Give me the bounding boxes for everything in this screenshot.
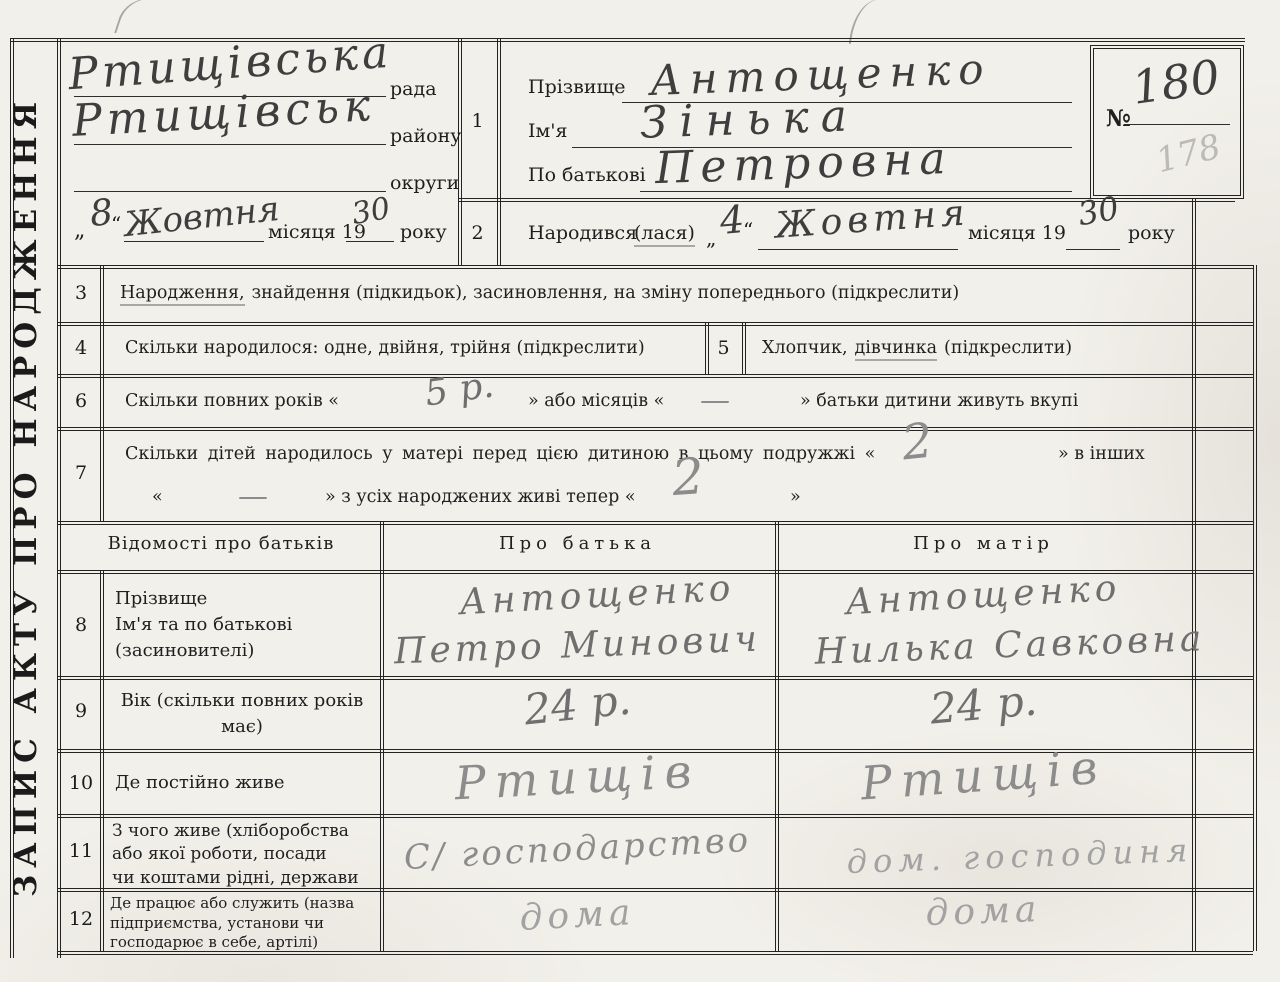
rule-line	[742, 322, 746, 374]
row9-label: Вік (скільки повних років має)	[112, 688, 372, 740]
row6-mid: » або місяців «	[528, 391, 664, 411]
row11-label: З чого живе (хліборобства або якої робот…	[112, 820, 380, 890]
row5-pre: Хлопчик,	[762, 338, 848, 358]
patronymic-label: По батькові	[528, 164, 646, 186]
row1-number: 1	[458, 110, 497, 132]
form-vertical-title: ЗАПИС АКТУ ПРО НАРОДЖЕННЯ	[8, 46, 44, 946]
row4-text: Скільки народилося: одне, двійня, трійня…	[125, 338, 645, 358]
parents-header-mother: Про матір	[775, 533, 1192, 554]
row7-line1-post: » в інших	[1058, 444, 1145, 464]
row11-number: 11	[62, 840, 100, 862]
mother-name-handwriting: Нилька Савковна	[785, 620, 1236, 672]
row8-label: Прізвище Ім'я та по батькові (засиновите…	[115, 586, 373, 664]
registry-year-handwriting: 30	[350, 194, 393, 230]
birth-month-handwriting: Жовтня	[774, 195, 971, 244]
row7-line1-value-handwriting: 2	[900, 417, 935, 468]
parents-header-father: Про батька	[380, 533, 775, 554]
rule-line	[57, 265, 1253, 269]
raion-line	[74, 143, 386, 145]
date-close-quote: “	[111, 212, 121, 236]
father-occupation-handwriting: С/ господарство	[379, 822, 775, 877]
birth-month-line	[758, 248, 958, 250]
row7-number: 7	[62, 462, 100, 484]
row5-underlined-word: дівчинка	[855, 338, 938, 361]
mother-workplace-handwriting: дома	[774, 887, 1192, 938]
birth-day-open-quote: „	[706, 226, 716, 250]
row7-line2-open: «	[152, 487, 163, 507]
rule-line	[100, 570, 104, 951]
okruha-label: округи	[390, 172, 459, 194]
raion-label: району	[390, 125, 461, 147]
birth-record-form: ЗАПИС АКТУ ПРО НАРОДЖЕННЯ Ртищівська рад…	[0, 0, 1280, 982]
rule-line	[57, 521, 1253, 525]
row6-years-handwriting: 5 р.	[423, 367, 496, 412]
row7-line1-pre: Скільки дітей народилось у матері перед …	[125, 444, 875, 464]
rule-line	[497, 38, 501, 265]
row5-text: Хлопчик,дівчинка(підкреслити)	[762, 338, 1072, 358]
birth-day-close-quote: “	[743, 218, 753, 242]
raion-value-handwriting: Ртищівськ	[71, 84, 376, 144]
rule-line	[1253, 265, 1257, 951]
born-lasia-label: (лася)	[634, 222, 695, 247]
row6-pre: Скільки повних років «	[125, 391, 339, 411]
surname-label: Прізвище	[528, 76, 625, 98]
registry-roku-label: року	[400, 221, 447, 243]
row5-rest: (підкреслити)	[944, 338, 1072, 358]
row2-number: 2	[458, 222, 497, 244]
row12-number: 12	[62, 908, 100, 930]
rule-line	[57, 322, 1253, 326]
father-surname-handwriting: Антощенко	[399, 568, 795, 625]
row7-line2-close: »	[790, 487, 801, 507]
row10-number: 10	[62, 772, 100, 794]
row10-label: Де постійно живе	[115, 772, 285, 793]
record-number-line	[1124, 123, 1230, 125]
father-name-handwriting: Петро Минович	[379, 621, 775, 671]
mother-occupation-handwriting: дом. господиня	[790, 832, 1251, 880]
row8-number: 8	[62, 614, 100, 636]
row9-number: 9	[62, 700, 100, 722]
row3-text: Народження,знайдення (підкидьок), засино…	[120, 283, 959, 303]
rule-line	[57, 814, 1253, 818]
birth-year-handwriting: 30	[1076, 192, 1122, 231]
date-open-quote: „	[74, 218, 85, 243]
firstname-label: Ім'я	[528, 120, 568, 142]
father-workplace-handwriting: дома	[379, 888, 775, 945]
rule-line	[100, 265, 104, 521]
row7-line2-value-handwriting: 2	[670, 451, 705, 503]
row6-number: 6	[62, 390, 100, 412]
row12-label: Де працює або служить (назва підприємств…	[110, 894, 382, 953]
row6-post: » батьки дитини живуть вкупі	[800, 391, 1078, 411]
okruha-line	[74, 190, 386, 192]
father-residence-handwriting: Ртищів	[379, 744, 776, 811]
record-number-handwriting: 180	[1129, 53, 1222, 111]
record-number-faint-handwriting: 178	[1153, 130, 1224, 179]
rule-line	[57, 427, 1253, 431]
patronymic-handwriting: Петровна	[654, 137, 953, 191]
parents-header-info: Відомості про батьків	[62, 533, 380, 554]
mother-surname-handwriting: Антощенко	[774, 567, 1192, 625]
registry-month-handwriting: Жовтня	[123, 192, 281, 242]
rada-label: рада	[390, 78, 437, 100]
row3-rest: знайдення (підкидьок), засиновлення, на …	[252, 283, 960, 303]
row4-number: 4	[62, 337, 100, 359]
row5-number: 5	[705, 337, 742, 359]
birth-day-handwriting: 4	[718, 200, 745, 240]
registry-year-line	[346, 240, 394, 242]
born-label: Народився	[528, 222, 637, 244]
birth-roku-label: року	[1128, 222, 1175, 244]
row3-number: 3	[62, 282, 100, 304]
row7-line2-mid: » з усіх народжених живі тепер «	[325, 487, 636, 507]
birth-misiatsia-label: місяця 19	[968, 222, 1066, 244]
row3-underlined-word: Народження,	[120, 283, 245, 306]
rule-line	[57, 38, 61, 958]
record-number-label: №	[1106, 105, 1131, 132]
record-number-box: № 180 178	[1090, 45, 1244, 199]
rule-line	[57, 374, 1253, 378]
birth-year-line	[1066, 248, 1120, 250]
row7-line2-dash-handwriting: —	[238, 482, 268, 512]
row6-months-handwriting: —	[700, 386, 730, 416]
